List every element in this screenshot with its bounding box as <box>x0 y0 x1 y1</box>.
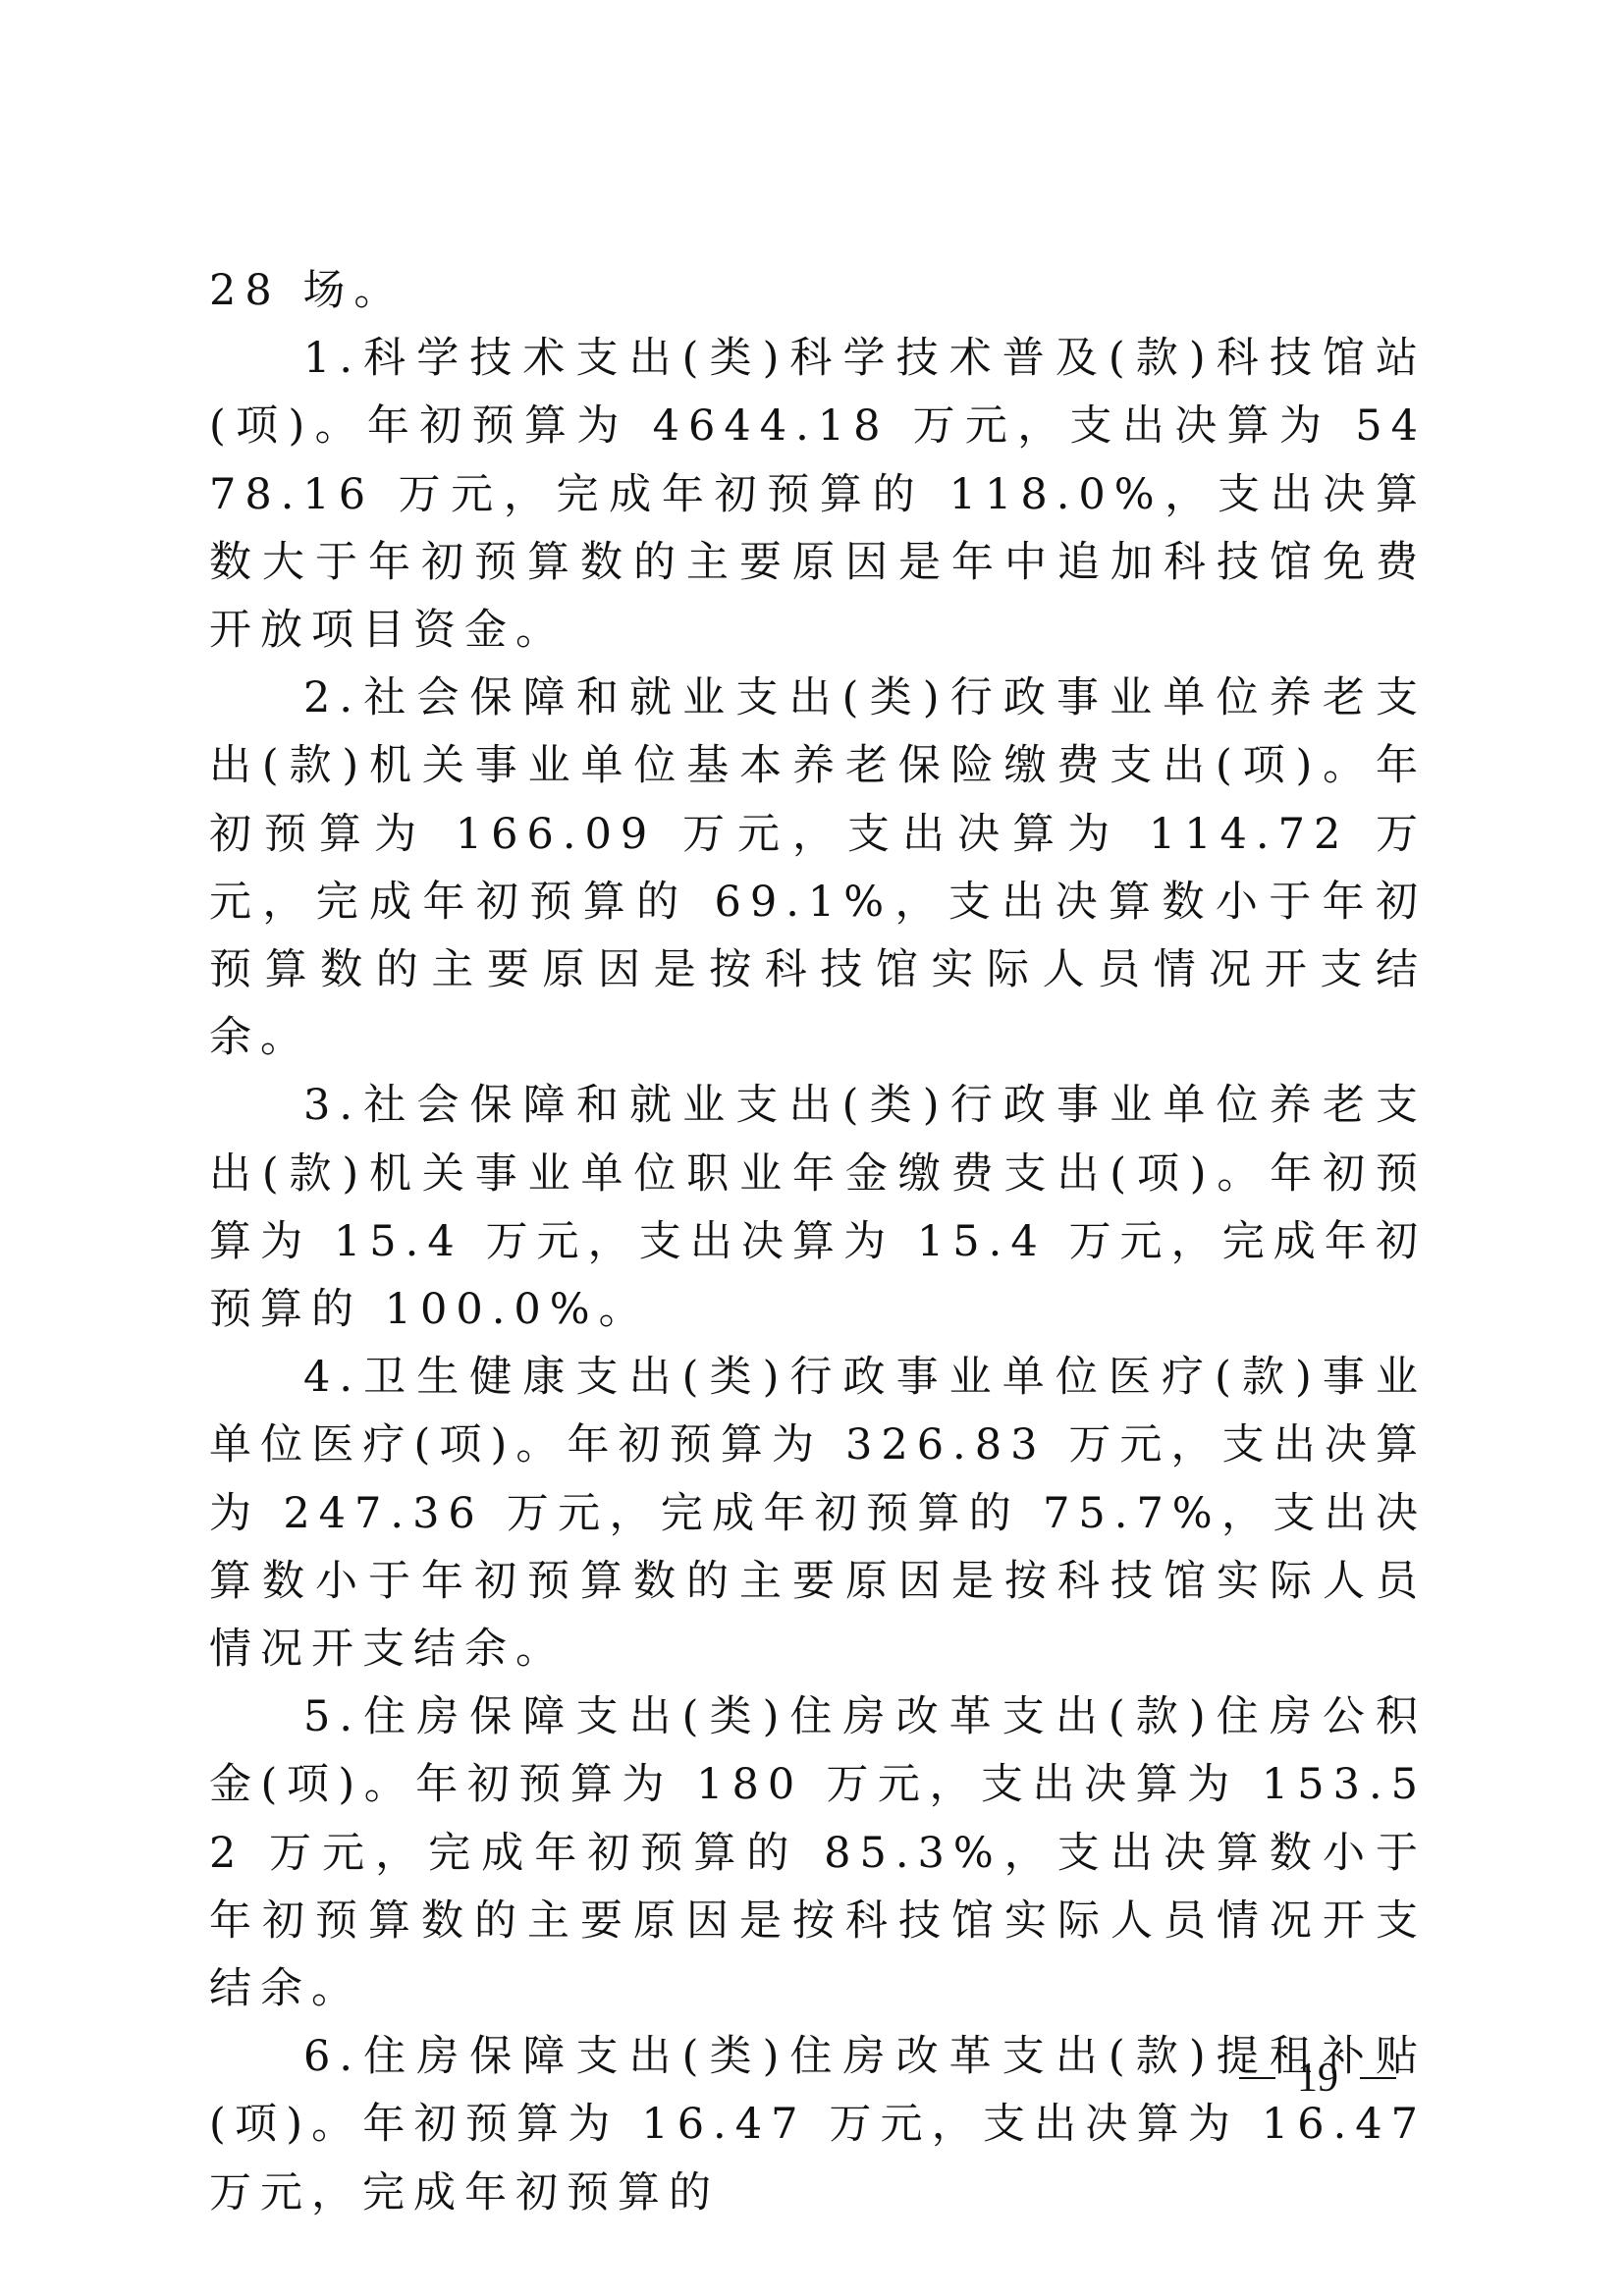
paragraph-item-4: 4.卫生健康支出(类)行政事业单位医疗(款)事业单位医疗(项)。年初预算为 32… <box>209 1344 1427 1683</box>
paragraph-item-3: 3.社会保障和就业支出(类)行政事业单位养老支出(款)机关事业单位职业年金缴费支… <box>209 1072 1427 1344</box>
dash-left-icon <box>1239 2077 1275 2079</box>
paragraph-continuation: 28 场。 <box>209 257 1427 325</box>
page-number: 19 <box>1297 2054 1338 2103</box>
paragraph-item-1: 1.科学技术支出(类)科学技术普及(款)科技馆站(项)。年初预算为 4644.1… <box>209 325 1427 665</box>
paragraph-item-5: 5.住房保障支出(类)住房改革支出(款)住房公积金(项)。年初预算为 180 万… <box>209 1683 1427 2023</box>
dash-right-icon <box>1360 2077 1396 2079</box>
page-number-footer: 19 <box>1239 2054 1396 2103</box>
document-body: 28 场。 1.科学技术支出(类)科学技术普及(款)科技馆站(项)。年初预算为 … <box>209 257 1427 2227</box>
paragraph-item-2: 2.社会保障和就业支出(类)行政事业单位养老支出(款)机关事业单位基本养老保险缴… <box>209 665 1427 1072</box>
